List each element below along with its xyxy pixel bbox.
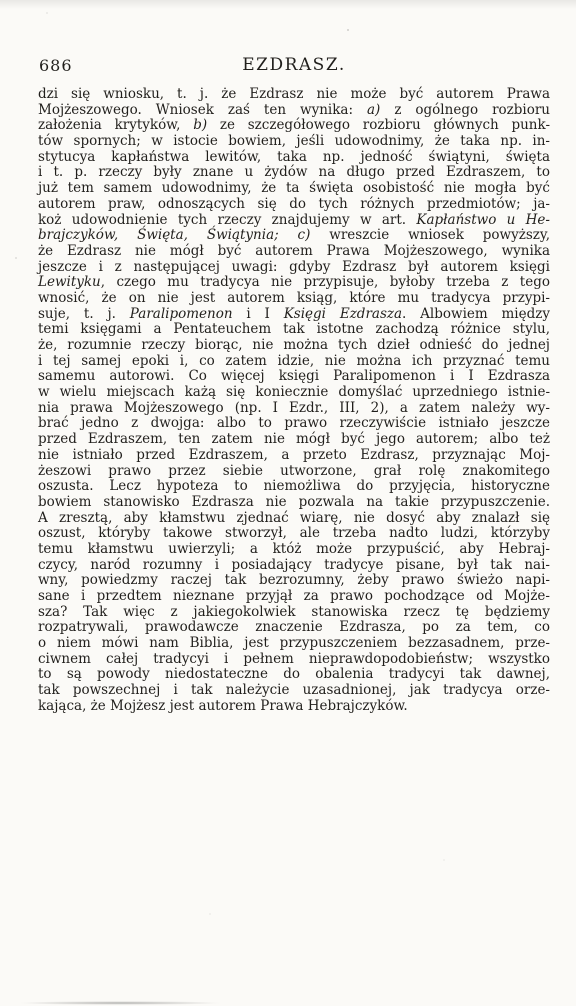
text-line: oszust, któryby takowe stworzył, ale trz… — [38, 526, 550, 542]
text-line: to są powody niedostateczne do obalenia … — [38, 667, 550, 683]
text-line: że, rozumnie rzeczy biorąc, nie można ty… — [38, 338, 550, 354]
text-line: założenia krytyków, b) ze szczegółowego … — [38, 118, 550, 134]
text-line: kająca, że Mojżesz jest autorem Prawa He… — [38, 699, 550, 715]
text-line: i t. p. rzeczy były znane u żydów na dłu… — [38, 165, 550, 181]
book-page: 686 EZDRASZ. dzi się wniosku, t. j. że E… — [0, 0, 576, 1006]
text-line: wnosić, że on nie jest autorem ksiąg, kt… — [38, 291, 550, 307]
text-line: rozpatrywali, prawodawcze znaczenie Ezdr… — [38, 620, 550, 636]
text-line: czycy, naród rozumny i posiadający trady… — [38, 558, 550, 574]
text-line: oszusta. Lecz hypoteza to niemożliwa do … — [38, 479, 550, 495]
text-line: przed Ezdraszem, ten zatem nie mógł być … — [38, 432, 550, 448]
running-title: EZDRASZ. — [38, 55, 550, 75]
text-line: że Ezdrasz nie mógł być autorem Prawa Mo… — [38, 244, 550, 260]
text-line: tak powszechnej i tak należycie uzasadni… — [38, 683, 550, 699]
text-line: Lewityku, czego mu tradycya nie przypisu… — [38, 275, 550, 291]
text-line: jeszcze i z następującej uwagi: gdyby Ez… — [38, 260, 550, 276]
text-line: żeszowi prawo przez siebie utworzone, gr… — [38, 464, 550, 480]
text-line: koż udowodnienie tych rzeczy znajdujemy … — [38, 213, 550, 229]
text-line: wny, powiedzmy raczej tak bezrozumny, że… — [38, 573, 550, 589]
text-line: dzi się wniosku, t. j. że Ezdrasz nie mo… — [38, 87, 550, 103]
text-line: autorem praw, odnoszących się do tych ró… — [38, 197, 550, 213]
text-line: temi księgami a Pentateuchem tak istotne… — [38, 322, 550, 338]
text-line: sza? Tak więc z jakiegokolwiek stanowisk… — [38, 605, 550, 621]
text-line: brajczyków, Święta, Świątynia; c) wreszc… — [38, 228, 550, 244]
text-line: bowiem stanowisko Ezdrasza nie pozwala n… — [38, 495, 550, 511]
text-line: stytucya kapłaństwa lewitów, taka np. je… — [38, 150, 550, 166]
text-line: sane i przedtem nieznane przyjął za praw… — [38, 589, 550, 605]
body-text: dzi się wniosku, t. j. że Ezdrasz nie mo… — [38, 87, 550, 715]
text-line: A zresztą, aby kłamstwu zjednać wiarę, n… — [38, 511, 550, 527]
text-line: suje, t. j. Paralipomenon i I Księgi Ezd… — [38, 307, 550, 323]
text-line: już tem samem udowodnimy, że ta święta o… — [38, 181, 550, 197]
text-line: ciwnem całej tradycyi i pełnem nieprawdo… — [38, 652, 550, 668]
text-line: w wielu miejscach każą się koniecznie do… — [38, 385, 550, 401]
text-line: nie istniało przed Ezdraszem, a przeto E… — [38, 448, 550, 464]
text-line: samemu autorowi. Co więcej księgi Parali… — [38, 369, 550, 385]
text-line: nia prawa Mojżeszowego (np. I Ezdr., III… — [38, 401, 550, 417]
text-line: i tej samej epoki i, co zatem idzie, nie… — [38, 354, 550, 370]
text-line: Mojżeszowego. Wniosek zaś ten wynika: a)… — [38, 103, 550, 119]
text-line: o niem mówi nam Biblia, jest przypuszcze… — [38, 636, 550, 652]
text-line: brać jedno z dwojga: albo to prawo rzecz… — [38, 416, 550, 432]
text-line: tów spornych; w istocie bowiem, jeśli ud… — [38, 134, 550, 150]
text-line: temu kłamstwu uwierzyli; a któż może prz… — [38, 542, 550, 558]
page-header: 686 EZDRASZ. — [38, 55, 550, 76]
